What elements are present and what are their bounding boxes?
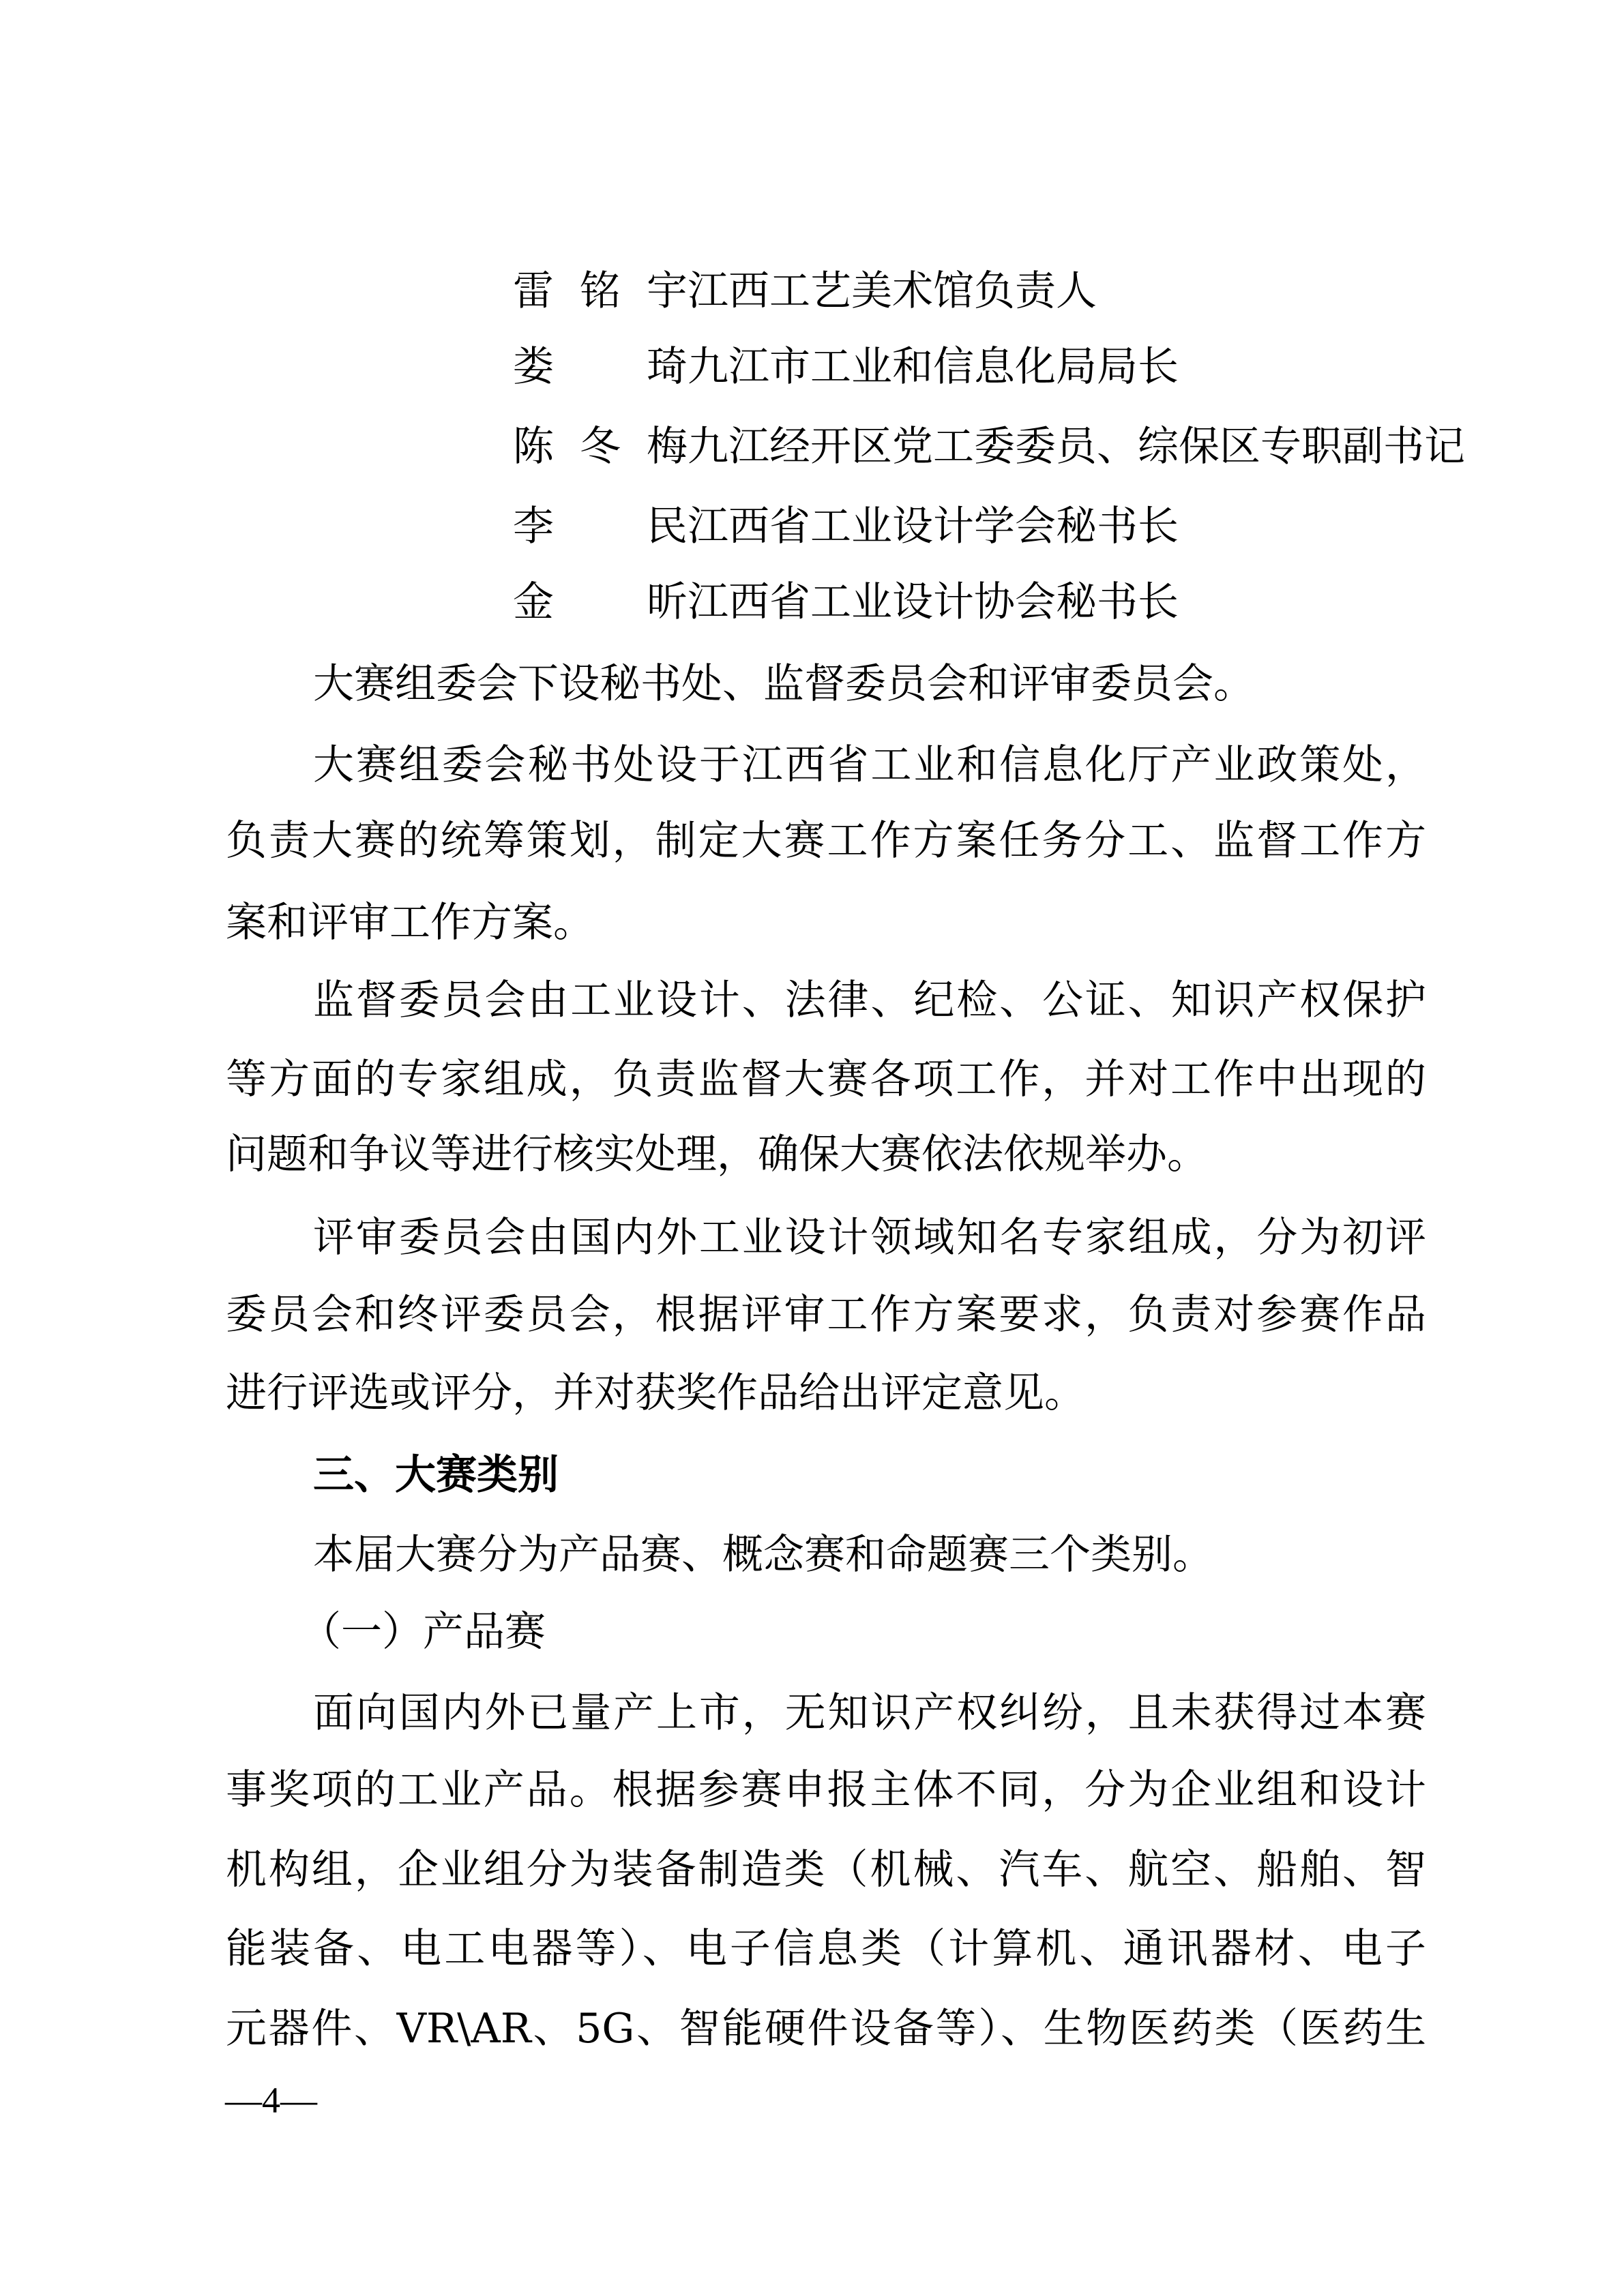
roster-title: 江西工艺美术馆负责人 [688,252,1097,331]
roster-row: 娄 琦九江市工业和信息化局局长 [513,327,1179,406]
paragraph-line: 监督委员会由工业设计、法律、纪检、公证、知识产权保护 [313,961,1426,1040]
roster-title: 九江经开区党工委委员、综保区专职副书记 [688,407,1465,486]
roster-row: 陈冬梅九江经开区党工委委员、综保区专职副书记 [513,407,1465,486]
paragraph-line: 能装备、电工电器等）、电子信息类（计算机、通讯器材、电子 [226,1909,1426,1988]
paragraph-line: 本届大赛分为产品赛、概念赛和命题赛三个类别。 [313,1515,1426,1594]
paragraph-line: 等方面的专家组成，负责监督大赛各项工作，并对工作中出现的 [226,1040,1426,1119]
paragraph-line: 元器件、VR\AR、5G、智能硬件设备等）、生物医药类（医药生 [226,1989,1426,2068]
paragraph-line: 大赛组委会秘书处设于江西省工业和信息化厅产业政策处， [313,726,1426,805]
section-heading: 三、大赛类别 [313,1435,559,1515]
subsection-heading: （一）产品赛 [300,1592,546,1671]
roster-row: 李 民江西省工业设计学会秘书长 [513,487,1179,566]
roster-name: 娄 琦 [513,327,688,406]
paragraph-line: 负责大赛的统筹策划，制定大赛工作方案任务分工、监督工作方 [226,801,1426,880]
roster-title: 江西省工业设计协会秘书长 [688,563,1179,642]
roster-row: 金 昕江西省工业设计协会秘书长 [513,563,1179,642]
paragraph-line: 评审委员会由国内外工业设计领域知名专家组成，分为初评 [313,1198,1426,1277]
paragraph-line: 委员会和终评委员会，根据评审工作方案要求，负责对参赛作品 [226,1275,1426,1354]
roster-name: 雷铭宇 [513,252,688,331]
roster-name: 李 民 [513,487,688,566]
document-page: 雷铭宇江西工艺美术馆负责人 娄 琦九江市工业和信息化局局长 陈冬梅九江经开区党工… [0,0,1624,2296]
paragraph-line: 进行评选或评分，并对获奖作品给出评定意见。 [226,1354,1426,1433]
roster-name: 陈冬梅 [513,407,688,486]
page-number: —4— [225,2081,317,2119]
paragraph-line: 大赛组委会下设秘书处、监督委员会和评审委员会。 [313,644,1426,724]
paragraph-line: 问题和争议等进行核实处理，确保大赛依法依规举办。 [226,1115,1426,1194]
paragraph-line: 事奖项的工业产品。根据参赛申报主体不同，分为企业组和设计 [226,1750,1426,1830]
paragraph-line: 面向国内外已量产上市，无知识产权纠纷，且未获得过本赛 [313,1673,1426,1753]
paragraph-line: 案和评审工作方案。 [226,883,1426,962]
paragraph-line: 机构组，企业组分为装备制造类（机械、汽车、航空、船舶、智 [226,1830,1426,1909]
roster-name: 金 昕 [513,563,688,642]
roster-row: 雷铭宇江西工艺美术馆负责人 [513,252,1097,331]
roster-title: 九江市工业和信息化局局长 [688,327,1179,406]
roster-title: 江西省工业设计学会秘书长 [688,487,1179,566]
